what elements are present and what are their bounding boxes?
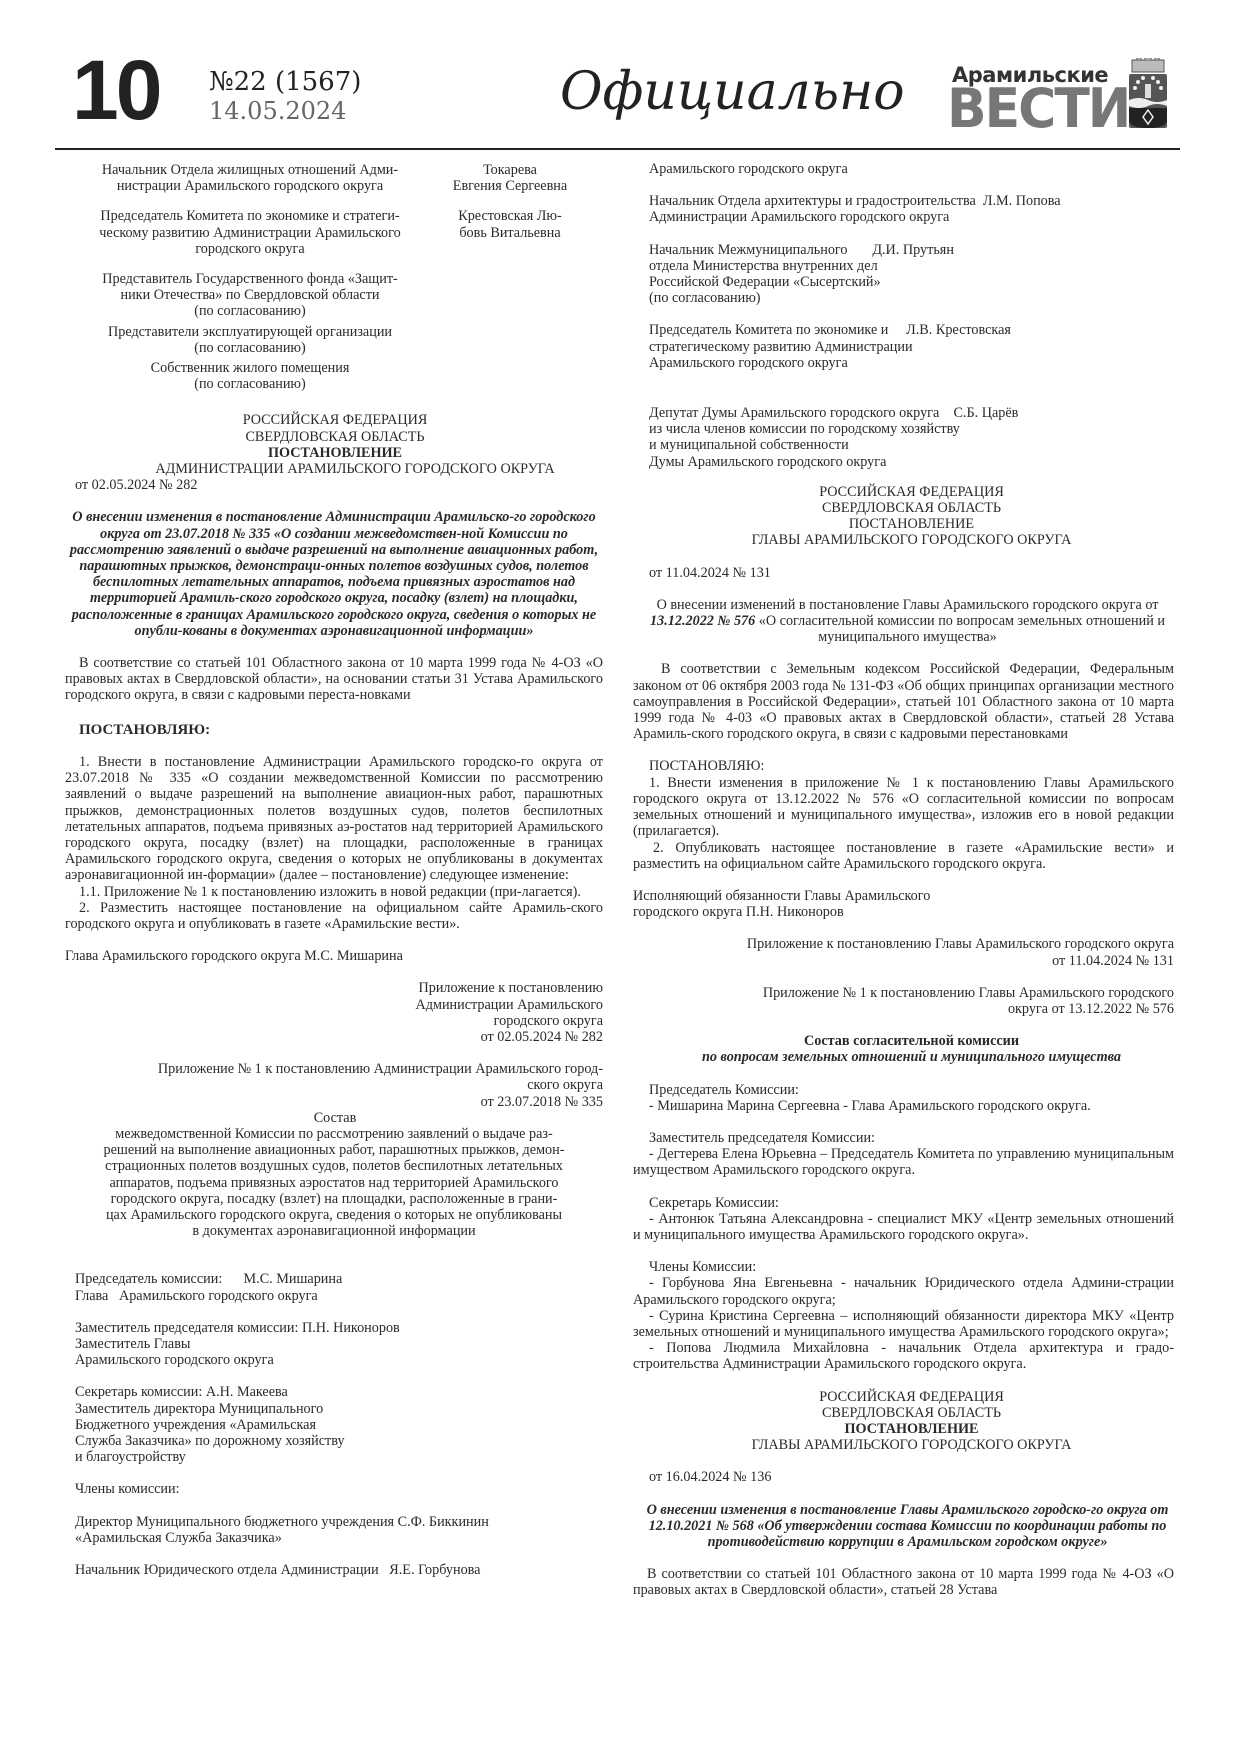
decree-date-number: от 11.04.2024 № 131	[649, 565, 1174, 581]
heading-federation: РОССИЙСКАЯ ФЕДЕРАЦИЯ	[75, 412, 595, 428]
member-role: Собственник жилого помещения (по согласо…	[75, 360, 425, 392]
decree-title: О внесении изменения в постановление Гла…	[641, 1502, 1174, 1551]
composition-title: Состав согласительной комиссии	[649, 1033, 1174, 1049]
commission-members-continued: Арамильского городского округаНачальник …	[649, 161, 1174, 470]
commission-composition: Председатель комиссии: М.С. Мишарина Гла…	[75, 1271, 595, 1578]
heading-issuer: ГЛАВЫ АРАМИЛЬСКОГО ГОРОДСКОГО ОКРУГА	[649, 1437, 1174, 1453]
decree-item: 1. Внести изменения в приложение № 1 к п…	[633, 775, 1174, 840]
appendix-reference: Приложение к постановлению Администрации…	[75, 980, 603, 1045]
resolve-heading: ПОСТАНОВЛЯЮ:	[79, 722, 595, 738]
decree-131-header: РОССИЙСКАЯ ФЕДЕРАЦИЯ СВЕРДЛОВСКАЯ ОБЛАСТ…	[649, 484, 1174, 549]
heading-issuer: АДМИНИСТРАЦИИ АРАМИЛЬСКОГО ГОРОДСКОГО ОК…	[75, 461, 595, 477]
decree-preamble: В соответствии с Земельным кодексом Росс…	[633, 661, 1174, 742]
decree-items: 1. Внести в постановление Администрации …	[65, 754, 603, 932]
commission-entry: Председатель Комитета по экономике и Л.В…	[649, 322, 1174, 371]
commission-role-group: Члены Комиссии:- Горбунова Яна Евгеньевн…	[633, 1259, 1174, 1372]
resolve-heading: ПОСТАНОВЛЯЮ:	[649, 758, 1174, 774]
commission-members-list: Начальник Отдела жилищных отношений Адми…	[75, 162, 595, 392]
decree-preamble: В соответствии со статьей 101 Областного…	[633, 1566, 1174, 1598]
commission-entry: Заместитель председателя комиссии: П.Н. …	[75, 1320, 595, 1369]
member-name	[425, 271, 595, 320]
commission-role-group: Секретарь Комиссии:- Антонюк Татьяна Але…	[633, 1195, 1174, 1244]
decree-136-header: РОССИЙСКАЯ ФЕДЕРАЦИЯ СВЕРДЛОВСКАЯ ОБЛАСТ…	[649, 1389, 1174, 1454]
appendix-reference: Приложение к постановлению Главы Арамиль…	[649, 936, 1174, 968]
commission-entry: Арамильского городского округа	[649, 161, 1174, 177]
heading-federation: РОССИЙСКАЯ ФЕДЕРАЦИЯ	[649, 484, 1174, 500]
member-row: Собственник жилого помещения (по согласо…	[75, 360, 595, 392]
composition-subtitle: по вопросам земельных отношений и муници…	[649, 1049, 1174, 1065]
commission-roles: Председатель Комиссии:- Мишарина Марина …	[633, 1082, 1174, 1373]
role-label: Заместитель председателя Комиссии:	[633, 1130, 1174, 1146]
heading-issuer: ГЛАВЫ АРАМИЛЬСКОГО ГОРОДСКОГО ОКРУГА	[649, 532, 1174, 548]
commission-entry: Члены комиссии:	[75, 1481, 595, 1497]
heading-federation: РОССИЙСКАЯ ФЕДЕРАЦИЯ	[649, 1389, 1174, 1405]
decree-items: 1. Внести изменения в приложение № 1 к п…	[633, 775, 1174, 872]
decree-date-number: от 02.05.2024 № 282	[75, 477, 595, 493]
heading-region: СВЕРДЛОВСКАЯ ОБЛАСТЬ	[649, 500, 1174, 516]
heading-decree: ПОСТАНОВЛЕНИЕ	[649, 516, 1174, 532]
commission-entry: Директор Муниципального бюджетного учреж…	[75, 1514, 595, 1546]
commission-entry: Начальник Межмуниципального Д.И. Прутьян…	[649, 242, 1174, 307]
decree-preamble: В соответствие со статьей 101 Областного…	[65, 655, 603, 704]
role-label: Секретарь Комиссии:	[633, 1195, 1174, 1211]
member-name: Крестовская Лю- бовь Витальевна	[425, 208, 595, 257]
decree-282-header: РОССИЙСКАЯ ФЕДЕРАЦИЯ СВЕРДЛОВСКАЯ ОБЛАСТ…	[75, 412, 595, 477]
header-divider	[55, 148, 1180, 150]
member-name: Токарева Евгения Сергеевна	[425, 162, 595, 194]
composition-title: Состав	[75, 1110, 595, 1126]
member-role: Начальник Отдела жилищных отношений Адми…	[75, 162, 425, 194]
member-row: Председатель Комитета по экономике и стр…	[75, 208, 595, 257]
role-label: Члены Комиссии:	[633, 1259, 1174, 1275]
heading-decree: ПОСТАНОВЛЕНИЕ	[649, 1421, 1174, 1437]
decree-item: 1. Внести в постановление Администрации …	[65, 754, 603, 884]
role-member: - Сурина Кристина Сергеевна – исполняющи…	[633, 1308, 1174, 1340]
member-row: Начальник Отдела жилищных отношений Адми…	[75, 162, 595, 194]
left-column: Начальник Отдела жилищных отношений Адми…	[75, 162, 595, 1578]
composition-description: межведомственной Комиссии по рассмотрени…	[65, 1126, 603, 1239]
member-row: Представитель Государственного фонда «За…	[75, 271, 595, 320]
role-member: - Дегтерева Елена Юрьевна – Председатель…	[633, 1146, 1174, 1178]
decree-item: 1.1. Приложение № 1 к постановлению изло…	[65, 884, 603, 900]
commission-entry: Председатель комиссии: М.С. Мишарина Гла…	[75, 1271, 595, 1303]
heading-region: СВЕРДЛОВСКАЯ ОБЛАСТЬ	[649, 1405, 1174, 1421]
member-role: Представители эксплуатирующей организаци…	[75, 324, 425, 356]
heading-decree: ПОСТАНОВЛЕНИЕ	[75, 445, 595, 461]
member-role: Председатель Комитета по экономике и стр…	[75, 208, 425, 257]
right-column: Арамильского городского округаНачальник …	[649, 161, 1174, 1599]
decree-signature: Исполняющий обязанности Главы Арамильско…	[633, 888, 1174, 920]
member-name	[425, 324, 595, 356]
decree-date-number: от 16.04.2024 № 136	[649, 1469, 1174, 1485]
commission-entry: Начальник Юридического отдела Администра…	[75, 1562, 595, 1578]
role-member: - Попова Людмила Михайловна - начальник …	[633, 1340, 1174, 1372]
coat-of-arms-icon	[1126, 58, 1170, 130]
heading-region: СВЕРДЛОВСКАЯ ОБЛАСТЬ	[75, 429, 595, 445]
decree-item: 2. Опубликовать настоящее постановление …	[633, 840, 1174, 872]
commission-entry: Секретарь комиссии: А.Н. Макеева Замести…	[75, 1384, 595, 1465]
commission-entry: Начальник Отдела архитектуры и градостро…	[649, 193, 1174, 225]
appendix-1-reference: Приложение № 1 к постановлению Администр…	[75, 1061, 603, 1110]
member-name	[425, 360, 595, 392]
decree-title: О внесении изменения в постановление Адм…	[65, 509, 603, 639]
brand-name-main: ВЕСТИ	[947, 82, 1129, 137]
role-member: - Горбунова Яна Евгеньевна - начальник Ю…	[633, 1275, 1174, 1307]
decree-title: О внесении изменений в постановление Гла…	[641, 597, 1174, 646]
role-member: - Мишарина Марина Сергеевна - Глава Арам…	[633, 1098, 1174, 1114]
issue-date: 14.05.2024	[209, 98, 346, 124]
appendix-1-reference: Приложение № 1 к постановлению Главы Ара…	[649, 985, 1174, 1017]
issue-number: №22 (1567)	[209, 68, 361, 96]
role-label: Председатель Комиссии:	[633, 1082, 1174, 1098]
role-member: - Антонюк Татьяна Александровна - специа…	[633, 1211, 1174, 1243]
decree-item: 2. Разместить настоящее постановление на…	[65, 900, 603, 932]
member-role: Представитель Государственного фонда «За…	[75, 271, 425, 320]
commission-role-group: Заместитель председателя Комиссии:- Дегт…	[633, 1130, 1174, 1179]
section-title: Официально	[560, 62, 905, 122]
page-number: 10	[72, 48, 159, 132]
member-row: Представители эксплуатирующей организаци…	[75, 324, 595, 356]
commission-entry: Депутат Думы Арамильского городского окр…	[649, 405, 1174, 470]
decree-signature: Глава Арамильского городского округа М.С…	[65, 948, 595, 964]
commission-role-group: Председатель Комиссии:- Мишарина Марина …	[633, 1082, 1174, 1114]
